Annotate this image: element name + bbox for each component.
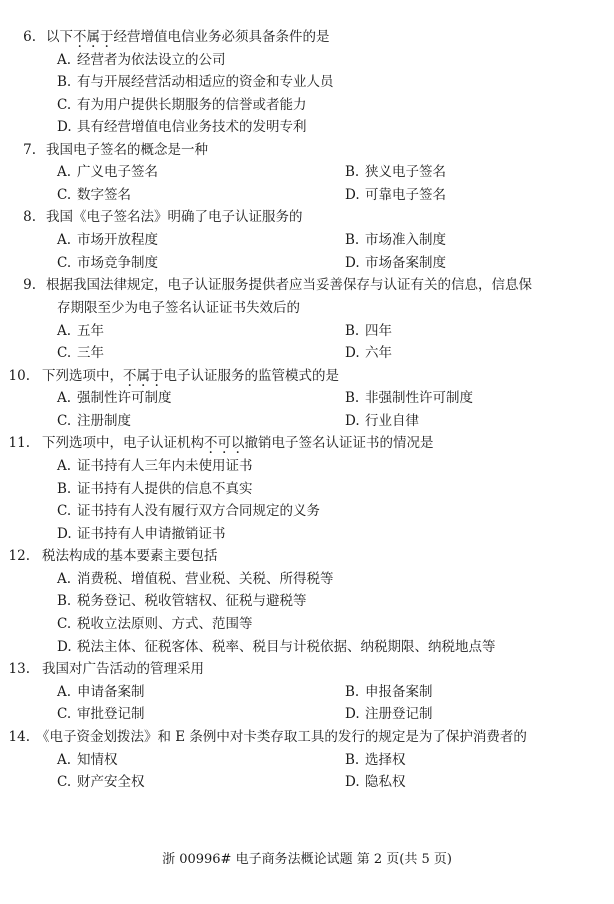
option-a: A.广义电子签名 [57,161,158,183]
question-stem: 下列选项中，电子认证机构不可以撤销电子签名认证证书的情况是 [42,432,434,454]
option-a: A.知情权 [57,749,118,771]
option-d: D.行业自律 [345,410,419,432]
option-d: D.可靠电子签名 [345,184,446,206]
option-b: B.申报备案制 [345,681,433,703]
question-stem: 以下不属于经营增值电信业务必须具备条件的是 [46,26,330,48]
option-a: A.消费税、增值税、营业税、关税、所得税等 [57,568,334,590]
question-number: 13. [0,658,30,680]
option-d: D.具有经营增值电信业务技术的发明专利 [57,116,307,138]
question-stem-continued: 存期限至少为电子签名认证证书失效后的 [57,297,300,319]
question-stem: 根据我国法律规定，电子认证服务提供者应当妥善保存与认证有关的信息，信息保 [46,274,532,296]
option-b: B.非强制性许可制度 [345,387,473,409]
question-number: 7. [6,139,36,161]
option-c: C.注册制度 [57,410,131,432]
question-stem: 我国《电子签名法》明确了电子认证服务的 [46,206,303,228]
option-d: D.税法主体、征税客体、税率、税目与计税依据、纳税期限、纳税地点等 [57,636,496,658]
option-d: D.六年 [345,342,392,364]
option-c: C.数字签名 [57,184,131,206]
question-number: 11. [0,432,30,454]
question-number: 9. [6,274,36,296]
option-c: C.三年 [57,342,104,364]
option-c: C.市场竞争制度 [57,252,158,274]
option-a: A.经营者为依法设立的公司 [57,49,226,71]
question-number: 8. [6,206,36,228]
question-stem: 下列选项中，不属于电子认证服务的监管模式的是 [42,365,339,387]
option-d: D.隐私权 [345,771,406,793]
question-number: 14. [0,726,30,748]
question-number: 10. [0,365,30,387]
question-stem: 税法构成的基本要素主要包括 [42,545,218,567]
option-b: B.证书持有人提供的信息不真实 [57,478,253,500]
question-number: 6. [6,26,36,48]
option-a: A.强制性许可制度 [57,387,172,409]
option-b: B.有与开展经营活动相适应的资金和专业人员 [57,71,334,93]
option-b: B.四年 [345,320,392,342]
option-c: C.税收立法原则、方式、范围等 [57,613,253,635]
option-b: B.选择权 [345,749,406,771]
option-d: D.市场备案制度 [345,252,446,274]
option-d: D.证书持有人申请撤销证书 [57,523,226,545]
option-a: A.申请备案制 [57,681,145,703]
option-b: B.市场准入制度 [345,229,446,251]
option-c: C.证书持有人没有履行双方合同规定的义务 [57,500,320,522]
option-a: A.市场开放程度 [57,229,158,251]
option-b: B.狭义电子签名 [345,161,446,183]
page-footer: 浙 00996# 电子商务法概论试题 第 2 页(共 5 页) [0,848,614,867]
option-a: A.五年 [57,320,104,342]
question-number: 12. [0,545,30,567]
option-c: C.有为用户提供长期服务的信誉或者能力 [57,94,307,116]
question-stem: 我国对广告活动的管理采用 [42,658,204,680]
option-d: D.注册登记制 [345,703,433,725]
question-stem: 我国电子签名的概念是一种 [46,139,208,161]
option-c: C.财产安全权 [57,771,145,793]
question-stem: 《电子资金划拨法》和 E 条例中对卡类存取工具的发行的规定是为了保护消费者的 [36,726,527,748]
option-a: A.证书持有人三年内未使用证书 [57,455,253,477]
option-c: C.审批登记制 [57,703,145,725]
option-b: B.税务登记、税收管辖权、征税与避税等 [57,590,307,612]
